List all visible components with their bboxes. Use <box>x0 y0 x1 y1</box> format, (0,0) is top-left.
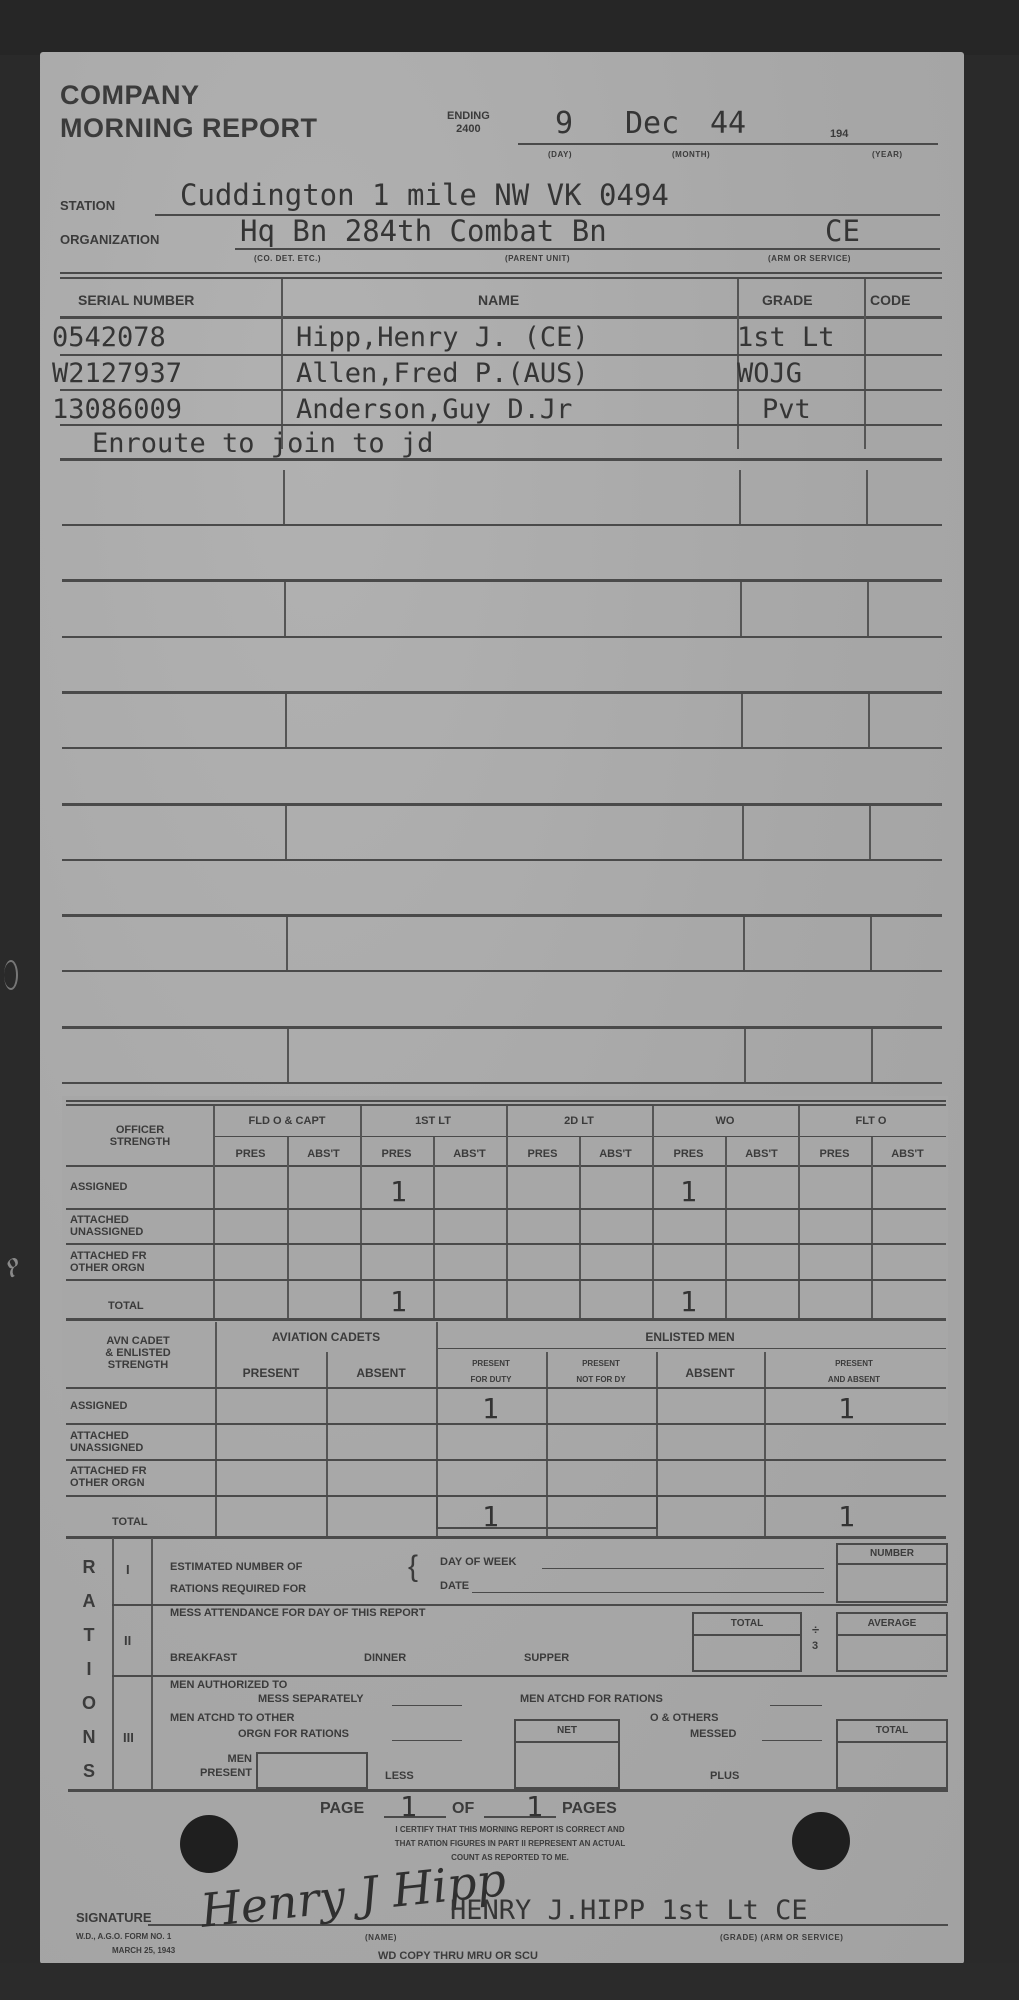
less-label: LESS <box>385 1770 414 1782</box>
name-caption: (NAME) <box>365 1933 397 1942</box>
officer-title-2: STRENGTH <box>70 1136 210 1148</box>
date-month: Dec <box>625 106 679 141</box>
form-title-line2: MORNING REPORT <box>60 113 318 144</box>
row3-grade: Pvt <box>762 394 811 425</box>
label-line-2: FOR DUTY <box>436 1372 546 1388</box>
remark-rule <box>60 458 942 461</box>
label-line-2: PRESENT <box>196 1766 252 1780</box>
row1-name: Hipp,Henry J. (CE) <box>296 322 589 353</box>
dinner-label: DINNER <box>364 1652 406 1664</box>
station-label: STATION <box>60 198 115 213</box>
page-total: 1 <box>526 1790 543 1823</box>
header-serial: SERIAL NUMBER <box>78 292 194 308</box>
letter: S <box>78 1754 100 1788</box>
divide-three: 3 <box>812 1640 818 1652</box>
row1-rule <box>60 354 942 356</box>
enlisted-row-assigned: ASSIGNED <box>70 1400 127 1412</box>
sub-pres: PRES <box>652 1148 725 1160</box>
letter: T <box>78 1618 100 1652</box>
atchd-rations-line[interactable] <box>770 1705 822 1706</box>
label-line-1: PRESENT <box>436 1356 546 1372</box>
mess-attendance-title: MESS ATTENDANCE FOR DAY OF THIS REPORT <box>170 1607 425 1619</box>
auth-label-2: MESS SEPARATELY <box>258 1693 364 1705</box>
plus-label: PLUS <box>710 1770 739 1782</box>
row2-grade: WOJG <box>737 358 802 389</box>
label-line-1: MEN <box>196 1752 252 1766</box>
roster-top-rule <box>60 272 942 274</box>
enlisted-assigned-pfd: 1 <box>482 1392 499 1425</box>
day-of-week-line[interactable] <box>542 1568 824 1569</box>
average-box[interactable]: AVERAGE <box>836 1612 948 1672</box>
sub-abst: ABS'T <box>433 1148 506 1160</box>
enlisted-row-total: TOTAL <box>112 1516 148 1528</box>
net-box[interactable]: NET <box>514 1719 620 1789</box>
punch-hole-right <box>792 1812 850 1870</box>
label-line-1: ATTACHED FR <box>70 1250 147 1262</box>
enlisted-title-3: STRENGTH <box>68 1359 208 1371</box>
atchd-rations-label: MEN ATCHD FOR RATIONS <box>520 1693 663 1705</box>
brace: { <box>408 1550 418 1584</box>
rations-side-label: R A T I O N S <box>78 1550 100 1788</box>
mess-total-box[interactable]: TOTAL <box>692 1612 802 1672</box>
sub-pres: PRES <box>360 1148 433 1160</box>
row2-rule <box>60 389 942 391</box>
label-line-1: PRESENT <box>546 1356 656 1372</box>
typed-name-grade: HENRY J.HIPP 1st Lt CE <box>450 1895 808 1926</box>
officer-total-wo-pres: 1 <box>680 1285 697 1318</box>
breakfast-label: BREAKFAST <box>170 1652 237 1664</box>
caption-day: (DAY) <box>548 150 572 159</box>
header-code: CODE <box>870 292 910 308</box>
cert-line-1: I CERTIFY THAT THIS MORNING REPORT IS CO… <box>290 1823 730 1837</box>
roster-header-rule <box>60 316 942 319</box>
header-name: NAME <box>478 292 519 308</box>
date-line <box>518 143 938 145</box>
grade-caption: (GRADE) (ARM OR SERVICE) <box>720 1933 843 1942</box>
pages-label: PAGES <box>562 1800 617 1818</box>
sub-abst: ABS'T <box>725 1148 798 1160</box>
date-line-field[interactable] <box>472 1592 824 1593</box>
rations-total-label: TOTAL <box>838 1721 946 1743</box>
organization-line <box>235 248 940 250</box>
enlisted-title-2: & ENLISTED <box>68 1347 208 1359</box>
aviation-cadets-header: AVIATION CADETS <box>216 1330 436 1344</box>
year-prefix: 194 <box>830 128 848 140</box>
enlisted-assigned-pa: 1 <box>838 1392 855 1425</box>
label-line-2: UNASSIGNED <box>70 1226 143 1238</box>
sub-pres: PRES <box>214 1148 287 1160</box>
scan-border-bottom <box>0 1963 1019 2000</box>
row2-serial: W2127937 <box>52 358 182 389</box>
rations-total-box[interactable]: TOTAL <box>836 1719 948 1789</box>
ending-label: ENDING 2400 <box>447 110 490 136</box>
enlisted-total-pfd: 1 <box>482 1500 499 1533</box>
label-line-1: ATTACHED <box>70 1214 143 1226</box>
enlisted-title-1: AVN CADET <box>68 1335 208 1347</box>
roster-top-rule-2 <box>60 277 942 279</box>
letter: R <box>78 1550 100 1584</box>
sub-pres: PRES <box>506 1148 579 1160</box>
label-line-1: ATTACHED <box>70 1430 143 1442</box>
organization-label: ORGANIZATION <box>60 232 159 247</box>
letter: A <box>78 1584 100 1618</box>
rations-sec1-roman: I <box>126 1562 130 1577</box>
col-em-absent: ABSENT <box>656 1366 764 1380</box>
rations-sec3-roman: III <box>123 1730 134 1745</box>
label-line-2: AND ABSENT <box>764 1372 944 1388</box>
enlisted-strength-title: AVN CADET & ENLISTED STRENGTH <box>68 1335 208 1371</box>
col-present-and-absent: PRESENT AND ABSENT <box>764 1356 944 1388</box>
form-title-line1: COMPANY <box>60 80 200 111</box>
page-label: PAGE <box>320 1800 364 1818</box>
row1-serial: 0542078 <box>52 322 166 353</box>
enlisted-men-header: ENLISTED MEN <box>436 1330 944 1344</box>
number-box-label: NUMBER <box>838 1545 946 1565</box>
number-box[interactable]: NUMBER <box>836 1543 948 1603</box>
cert-line-3: COUNT AS REPORTED TO ME. <box>290 1851 730 1865</box>
col-present-not-for-duty: PRESENT NOT FOR DY <box>546 1356 656 1388</box>
officer-top-rule <box>66 1100 946 1102</box>
enlisted-row-attached-fr: ATTACHED FR OTHER ORGN <box>70 1465 147 1489</box>
sub-abst: ABS'T <box>871 1148 944 1160</box>
auth-label-1: MEN AUTHORIZED TO <box>170 1679 287 1691</box>
punch-hole-left <box>180 1815 238 1873</box>
roster-remark: Enroute to join to jd <box>92 428 433 459</box>
scan-border-top <box>0 0 1019 55</box>
row2-name: Allen,Fred P.(AUS) <box>296 358 589 389</box>
signature-label: SIGNATURE <box>76 1910 152 1925</box>
row1-grade: 1st Lt <box>737 322 835 353</box>
organization-value: Hq Bn 284th Combat Bn <box>240 214 607 248</box>
station-value: Cuddington 1 mile NW VK 0494 <box>180 178 669 212</box>
others-label-2: MESSED <box>690 1728 736 1740</box>
label-line-1: PRESENT <box>764 1356 944 1372</box>
caption-year: (YEAR) <box>872 150 903 159</box>
rations-sec1-label: ESTIMATED NUMBER OF RATIONS REQUIRED FOR <box>170 1556 306 1600</box>
certification-text: I CERTIFY THAT THIS MORNING REPORT IS CO… <box>290 1823 730 1865</box>
enlisted-total-pa: 1 <box>838 1500 855 1533</box>
caption-month: (MONTH) <box>672 150 710 159</box>
group-fld-capt: FLD O & CAPT <box>214 1115 360 1127</box>
of-label: OF <box>452 1800 474 1818</box>
group-flt-o: FLT O <box>798 1115 944 1127</box>
date-year: 44 <box>710 106 746 141</box>
officer-strength-title: OFFICER STRENGTH <box>70 1124 210 1148</box>
group-1st-lt: 1ST LT <box>360 1115 506 1127</box>
col-present-for-duty: PRESENT FOR DUTY <box>436 1356 546 1388</box>
form-date: MARCH 25, 1943 <box>112 1946 175 1955</box>
label-line-2: RATIONS REQUIRED FOR <box>170 1578 306 1600</box>
caption-co: (CO. DET. ETC.) <box>254 254 321 263</box>
officer-row-attached-fr: ATTACHED FR OTHER ORGN <box>70 1250 147 1274</box>
officer-title-1: OFFICER <box>70 1124 210 1136</box>
letter: O <box>78 1686 100 1720</box>
group-wo: WO <box>652 1115 798 1127</box>
date-label: DATE <box>440 1580 469 1592</box>
caption-parent: (PARENT UNIT) <box>505 254 570 263</box>
sub-abst: ABS'T <box>287 1148 360 1160</box>
col-av-absent: ABSENT <box>326 1366 436 1380</box>
arm-or-service-value: CE <box>825 214 860 248</box>
ending-label-2: 2400 <box>447 123 490 136</box>
margin-mark <box>4 960 18 990</box>
row3-rule <box>60 424 942 426</box>
total-box-label: TOTAL <box>694 1614 800 1636</box>
caption-arm: (ARM OR SERVICE) <box>768 254 851 263</box>
men-present-label: MEN PRESENT <box>196 1752 252 1780</box>
sub-pres: PRES <box>798 1148 871 1160</box>
label-line-1: ATTACHED FR <box>70 1465 147 1477</box>
others-label-1: O & OTHERS <box>650 1712 718 1724</box>
date-day: 9 <box>555 106 573 141</box>
supper-label: SUPPER <box>524 1652 569 1664</box>
officer-row-total: TOTAL <box>108 1300 144 1312</box>
auth-field-line[interactable] <box>392 1705 462 1706</box>
letter: I <box>78 1652 100 1686</box>
officer-assigned-wo-pres: 1 <box>680 1175 697 1208</box>
col-av-present: PRESENT <box>216 1366 326 1380</box>
atchd-other-1: MEN ATCHD TO OTHER <box>170 1712 294 1724</box>
day-of-week-label: DAY OF WEEK <box>440 1556 516 1568</box>
net-box-label: NET <box>516 1721 618 1743</box>
rations-sec2-roman: II <box>124 1633 131 1648</box>
page-total-line <box>484 1816 556 1818</box>
average-box-label: AVERAGE <box>838 1614 946 1636</box>
enlisted-row-attached-unassigned: ATTACHED UNASSIGNED <box>70 1430 143 1454</box>
group-2d-lt: 2D LT <box>506 1115 652 1127</box>
officer-row-assigned: ASSIGNED <box>70 1181 127 1193</box>
label-line-2: OTHER ORGN <box>70 1262 147 1274</box>
others-line[interactable] <box>762 1740 822 1741</box>
officer-row-attached-unassigned: ATTACHED UNASSIGNED <box>70 1214 143 1238</box>
officer-assigned-1st-lt-pres: 1 <box>390 1175 407 1208</box>
header-grade: GRADE <box>762 292 813 308</box>
sub-abst: ABS'T <box>579 1148 652 1160</box>
label-line-2: UNASSIGNED <box>70 1442 143 1454</box>
page-number: 1 <box>400 1790 417 1823</box>
wd-copy-note: WD COPY THRU MRU OR SCU <box>378 1950 538 1962</box>
cert-line-2: THAT RATION FIGURES IN PART II REPRESENT… <box>290 1837 730 1851</box>
row3-name: Anderson,Guy D.Jr <box>296 394 572 425</box>
divide-sign: ÷ <box>812 1622 819 1637</box>
officer-total-1st-lt-pres: 1 <box>390 1285 407 1318</box>
row3-serial: 13086009 <box>52 394 182 425</box>
label-line-2: OTHER ORGN <box>70 1477 147 1489</box>
label-line-1: ESTIMATED NUMBER OF <box>170 1556 306 1578</box>
atchd-other-2: ORGN FOR RATIONS <box>238 1728 349 1740</box>
label-line-2: NOT FOR DY <box>546 1372 656 1388</box>
ending-label-1: ENDING <box>447 110 490 123</box>
atchd-other-line[interactable] <box>392 1740 462 1741</box>
men-present-box[interactable] <box>256 1752 368 1789</box>
form-number: W.D., A.G.O. FORM NO. 1 <box>76 1932 171 1941</box>
enlisted-group-rule <box>436 1348 946 1349</box>
letter: N <box>78 1720 100 1754</box>
